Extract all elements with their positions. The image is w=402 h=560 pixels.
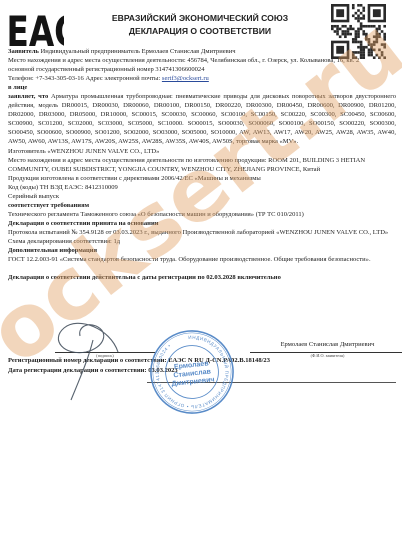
manufacturer-address: Место нахождения и адрес места осуществл…	[8, 156, 396, 174]
contacts-line: Телефон: +7-343-305-03-16 Адрес электрон…	[8, 74, 396, 83]
basis-text: Протокола испытаний № 354.9128 от 03.03.…	[8, 228, 396, 237]
directives-line: Продукция изготовлена в соответствии с д…	[8, 174, 396, 183]
serial-line: Серийный выпуск	[8, 192, 396, 201]
document-body: Заявитель Индивидуальный предприниматель…	[8, 47, 396, 282]
basis-label: Декларация о соответствии принята на осн…	[8, 219, 396, 228]
complies-label-text: соответствует требованиям	[8, 202, 89, 209]
phone-value: +7-343-305-03-16	[35, 75, 83, 82]
document-title: ЕВРАЗИЙСКИЙ ЭКОНОМИЧЕСКИЙ СОЮЗ ДЕКЛАРАЦИ…	[72, 12, 328, 38]
declares-label: заявляет, что	[8, 93, 48, 100]
ogrn-line: основной государственный регистрационный…	[8, 65, 396, 74]
handwritten-signature	[38, 312, 158, 407]
applicant-value: Индивидуальный предприниматель Ермолаев …	[40, 48, 235, 55]
tnved-line: Код (коды) ТН ВЭД ЕАЭС: 8412310009	[8, 183, 396, 192]
complies-label: соответствует требованиям	[8, 201, 396, 210]
product-declaration: заявляет, что Арматура промышленная труб…	[8, 92, 396, 146]
basis-label-text: Декларация о соответствии принята на осн…	[8, 220, 159, 227]
scheme-line: Схема декларирования соответствия: 1д	[8, 237, 396, 246]
complies-text: Технического регламента Таможенного союз…	[8, 210, 396, 219]
declaration-document: ocksert.ru ЕАС ЕВРАЗИЙСКИЙ ЭКОНОМИЧЕСКИЙ…	[0, 0, 402, 560]
additional-label: Дополнительная информация	[8, 246, 396, 255]
title-declaration: ДЕКЛАРАЦИЯ О СООТВЕТСТВИИ	[72, 25, 328, 38]
email-label: Адрес электронной почты:	[85, 75, 160, 82]
eac-logo-text: ЕАС	[8, 7, 64, 52]
additional-label-text: Дополнительная информация	[8, 247, 97, 254]
phone-label: Телефон:	[8, 75, 34, 82]
additional-text: ГОСТ 12.2.003-91 «Система стандартов без…	[8, 255, 396, 264]
in-person-label: в лице	[8, 84, 27, 91]
eac-logo-icon: ЕАС	[8, 6, 64, 52]
title-union: ЕВРАЗИЙСКИЙ ЭКОНОМИЧЕСКИЙ СОЮЗ	[72, 12, 328, 25]
applicant-line: Заявитель Индивидуальный предприниматель…	[8, 47, 396, 56]
applicant-label: Заявитель	[8, 48, 39, 55]
email-link[interactable]: sertf3@ocksert.ru	[162, 75, 209, 82]
declares-text: Арматура промышленная трубопроводная: пн…	[8, 93, 396, 145]
applicant-fullname: Ермолаев Станислав Дмитриевич	[250, 341, 402, 348]
company-stamp: ИНДИВИДУАЛЬНЫЙ ПРЕДПРИНИМАТЕЛЬ • ОГРНИП …	[144, 324, 241, 421]
applicant-address: Место нахождения и адрес места осуществл…	[8, 56, 396, 65]
in-person-line: в лице	[8, 83, 396, 92]
manufacturer-line: Изготовитель «WENZHOU JUNEN VALVE CO., L…	[8, 147, 396, 156]
validity-line: Декларация о соответствии действительна …	[8, 273, 396, 282]
